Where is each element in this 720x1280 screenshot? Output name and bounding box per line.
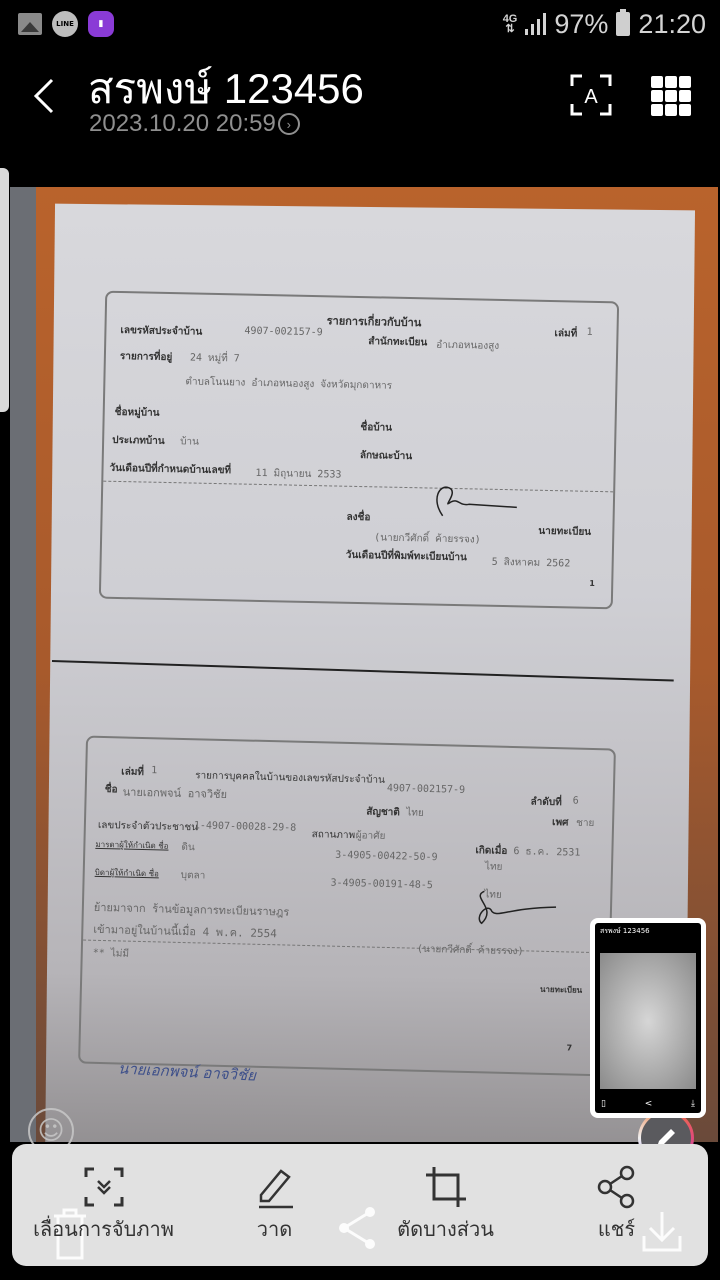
share-icon: <	[645, 1099, 653, 1109]
crop-label: ตัดบางส่วน	[397, 1213, 494, 1245]
address-label: รายการที่อยู่	[120, 349, 173, 365]
house-type: บ้าน	[180, 434, 199, 449]
mother-label: มารดาผู้ให้กำเนิด ชื่อ	[95, 838, 168, 853]
sex: ชาย	[576, 816, 595, 831]
signal-icon	[525, 13, 546, 35]
purple-app-icon: ▮	[88, 11, 114, 37]
share-icon	[595, 1165, 639, 1209]
birth-date: 6 ธ.ค. 2531	[513, 844, 580, 861]
mother-id: 3-4905-00422-50-9	[335, 850, 438, 863]
card-heading: รายการเกี่ยวกับบ้าน	[327, 311, 422, 331]
draw-label: วาด	[257, 1213, 292, 1245]
citizen-id: 1-4907-00028-29-8	[194, 820, 297, 833]
draw-pen-icon	[253, 1165, 297, 1209]
house-info-card: รายการเกี่ยวกับบ้าน เลขรหัสประจำบ้าน 490…	[99, 291, 619, 610]
resident-status: ผู้อาศัย	[356, 828, 386, 844]
dotted-separator	[83, 940, 609, 954]
details-chevron-icon[interactable]: ›	[278, 113, 300, 135]
father-label: บิดาผู้ให้กำเนิด ชื่อ	[95, 866, 159, 881]
thumbnail-title: สรพงษ์ 123456	[595, 923, 701, 953]
book-number: 1	[151, 765, 157, 776]
house-code: 4907-002157-9	[244, 326, 322, 339]
registrar-name: (นายกวีศักดิ์ ค้ายรรจง)	[374, 530, 481, 547]
birth-label: เกิดเมื่อ	[475, 843, 507, 859]
nationality: ไทย	[406, 805, 424, 820]
network-type: 4G⇅	[503, 14, 518, 34]
remarks: ** ไม่มี	[93, 946, 130, 962]
person-info-card: เล่มที่ 1 รายการบุคคลในบ้านของเลขรหัสประ…	[78, 736, 616, 1077]
nationality-label: สัญชาติ	[366, 804, 400, 820]
sex-label: เพศ	[552, 815, 569, 830]
office: อำเภอหนองสูง	[436, 338, 499, 354]
clock: 21:20	[638, 9, 706, 40]
grid-menu-icon[interactable]	[651, 76, 691, 116]
village-label: ชื่อหมู่บ้าน	[115, 405, 160, 421]
line-app-icon: LINE	[52, 11, 78, 37]
scroll-capture-icon	[82, 1165, 126, 1209]
timestamp[interactable]: 2023.10.20 20:59 ›	[89, 110, 300, 138]
crop-button[interactable]: ตัดบางส่วน	[361, 1165, 531, 1245]
scroll-capture-button[interactable]: เลื่อนการจับภาพ	[19, 1165, 189, 1245]
battery-percent: 97%	[554, 9, 608, 40]
mother-name: ดิน	[181, 840, 195, 855]
page-number: 1	[589, 579, 595, 588]
scroll-capture-label: เลื่อนการจับภาพ	[33, 1213, 174, 1245]
move-from-note: ย้ายมาจาก ร้านข้อมูลการทะเบียนราษฎร	[94, 898, 290, 921]
father-id: 3-4905-00191-48-5	[330, 878, 433, 891]
assign-date-label: วันเดือนปีที่กำหนดบ้านเลขที่	[109, 461, 231, 479]
house-name-label: ชื่อบ้าน	[360, 420, 392, 436]
page-number: 7	[566, 1043, 572, 1052]
mother-nationality: ไทย	[485, 859, 503, 874]
print-date: 5 สิงหาคม 2562	[492, 555, 571, 572]
sign-label: ลงชื่อ	[346, 510, 370, 525]
gallery-icon	[18, 13, 42, 35]
header: สรพงษ์ 123456 2023.10.20 20:59 › A	[0, 48, 720, 186]
draw-button[interactable]: วาด	[190, 1165, 360, 1245]
move-in-date: เข้ามาอยู่ในบ้านนี้เมื่อ 4 พ.ค. 2554	[93, 920, 277, 942]
download-icon: ⤓	[691, 1099, 695, 1109]
office-label: สำนักทะเบียน	[368, 334, 427, 350]
name-label: ชื่อ	[105, 782, 118, 797]
svg-text:A: A	[584, 86, 598, 108]
back-icon[interactable]	[30, 76, 60, 116]
crop-icon	[424, 1165, 468, 1209]
house-type-label: ประเภทบ้าน	[112, 433, 165, 449]
signature	[429, 479, 520, 521]
thumbnail-image	[600, 953, 696, 1089]
battery-icon	[616, 12, 630, 36]
address: 24 หมู่ที่ 7	[190, 350, 240, 366]
signature	[468, 887, 559, 929]
status-label: สถานภาพ	[312, 827, 356, 843]
book-number: 1	[586, 327, 592, 338]
father-name: บุตลา	[181, 868, 206, 884]
book-label: เล่มที่	[121, 764, 144, 780]
registrar-label: นายทะเบียน	[538, 524, 591, 540]
person-name: นายเอกพจน์ อาจวิชัย	[123, 782, 228, 803]
print-date-label: วันเดือนปีที่พิมพ์ทะเบียนบ้าน	[346, 548, 467, 566]
id-label: เลขประจำตัวประชาชน	[98, 818, 199, 835]
edge-panel-handle[interactable]	[0, 168, 9, 412]
order-label: ลำดับที่	[530, 794, 562, 810]
address-line2: ตำบลโนนยาง อำเภอหนองสูง จังหวัดมุกดาหาร	[185, 374, 392, 393]
status-bar: LINE ▮ 4G⇅ 97% 21:20	[0, 0, 720, 48]
share-label: แชร์	[598, 1213, 635, 1245]
house-code: 4907-002157-9	[387, 783, 466, 796]
assign-date: 11 มิถุนายน 2533	[255, 466, 341, 483]
screenshot-toolbar: เลื่อนการจับภาพ วาด ตัดบางส่วน แชร์	[12, 1144, 708, 1266]
screenshot-thumbnail[interactable]: สรพงษ์ 123456 ▯ < ⤓	[590, 918, 706, 1118]
dotted-separator	[103, 481, 613, 493]
registrar-name: (นายกวีศักดิ์ ค้ายรรจง)	[417, 942, 524, 960]
book-label: เล่มที่	[554, 326, 577, 341]
text-recognition-icon[interactable]: A	[570, 74, 612, 116]
share-button[interactable]: แชร์	[532, 1165, 702, 1245]
order-number: 6	[572, 795, 578, 806]
house-code-label: เลขรหัสประจำบ้าน	[120, 323, 202, 340]
registrar-label: นายทะเบียน	[540, 983, 582, 997]
house-char-label: ลักษณะบ้าน	[360, 448, 413, 464]
bookmark-icon: ▯	[601, 1099, 606, 1109]
